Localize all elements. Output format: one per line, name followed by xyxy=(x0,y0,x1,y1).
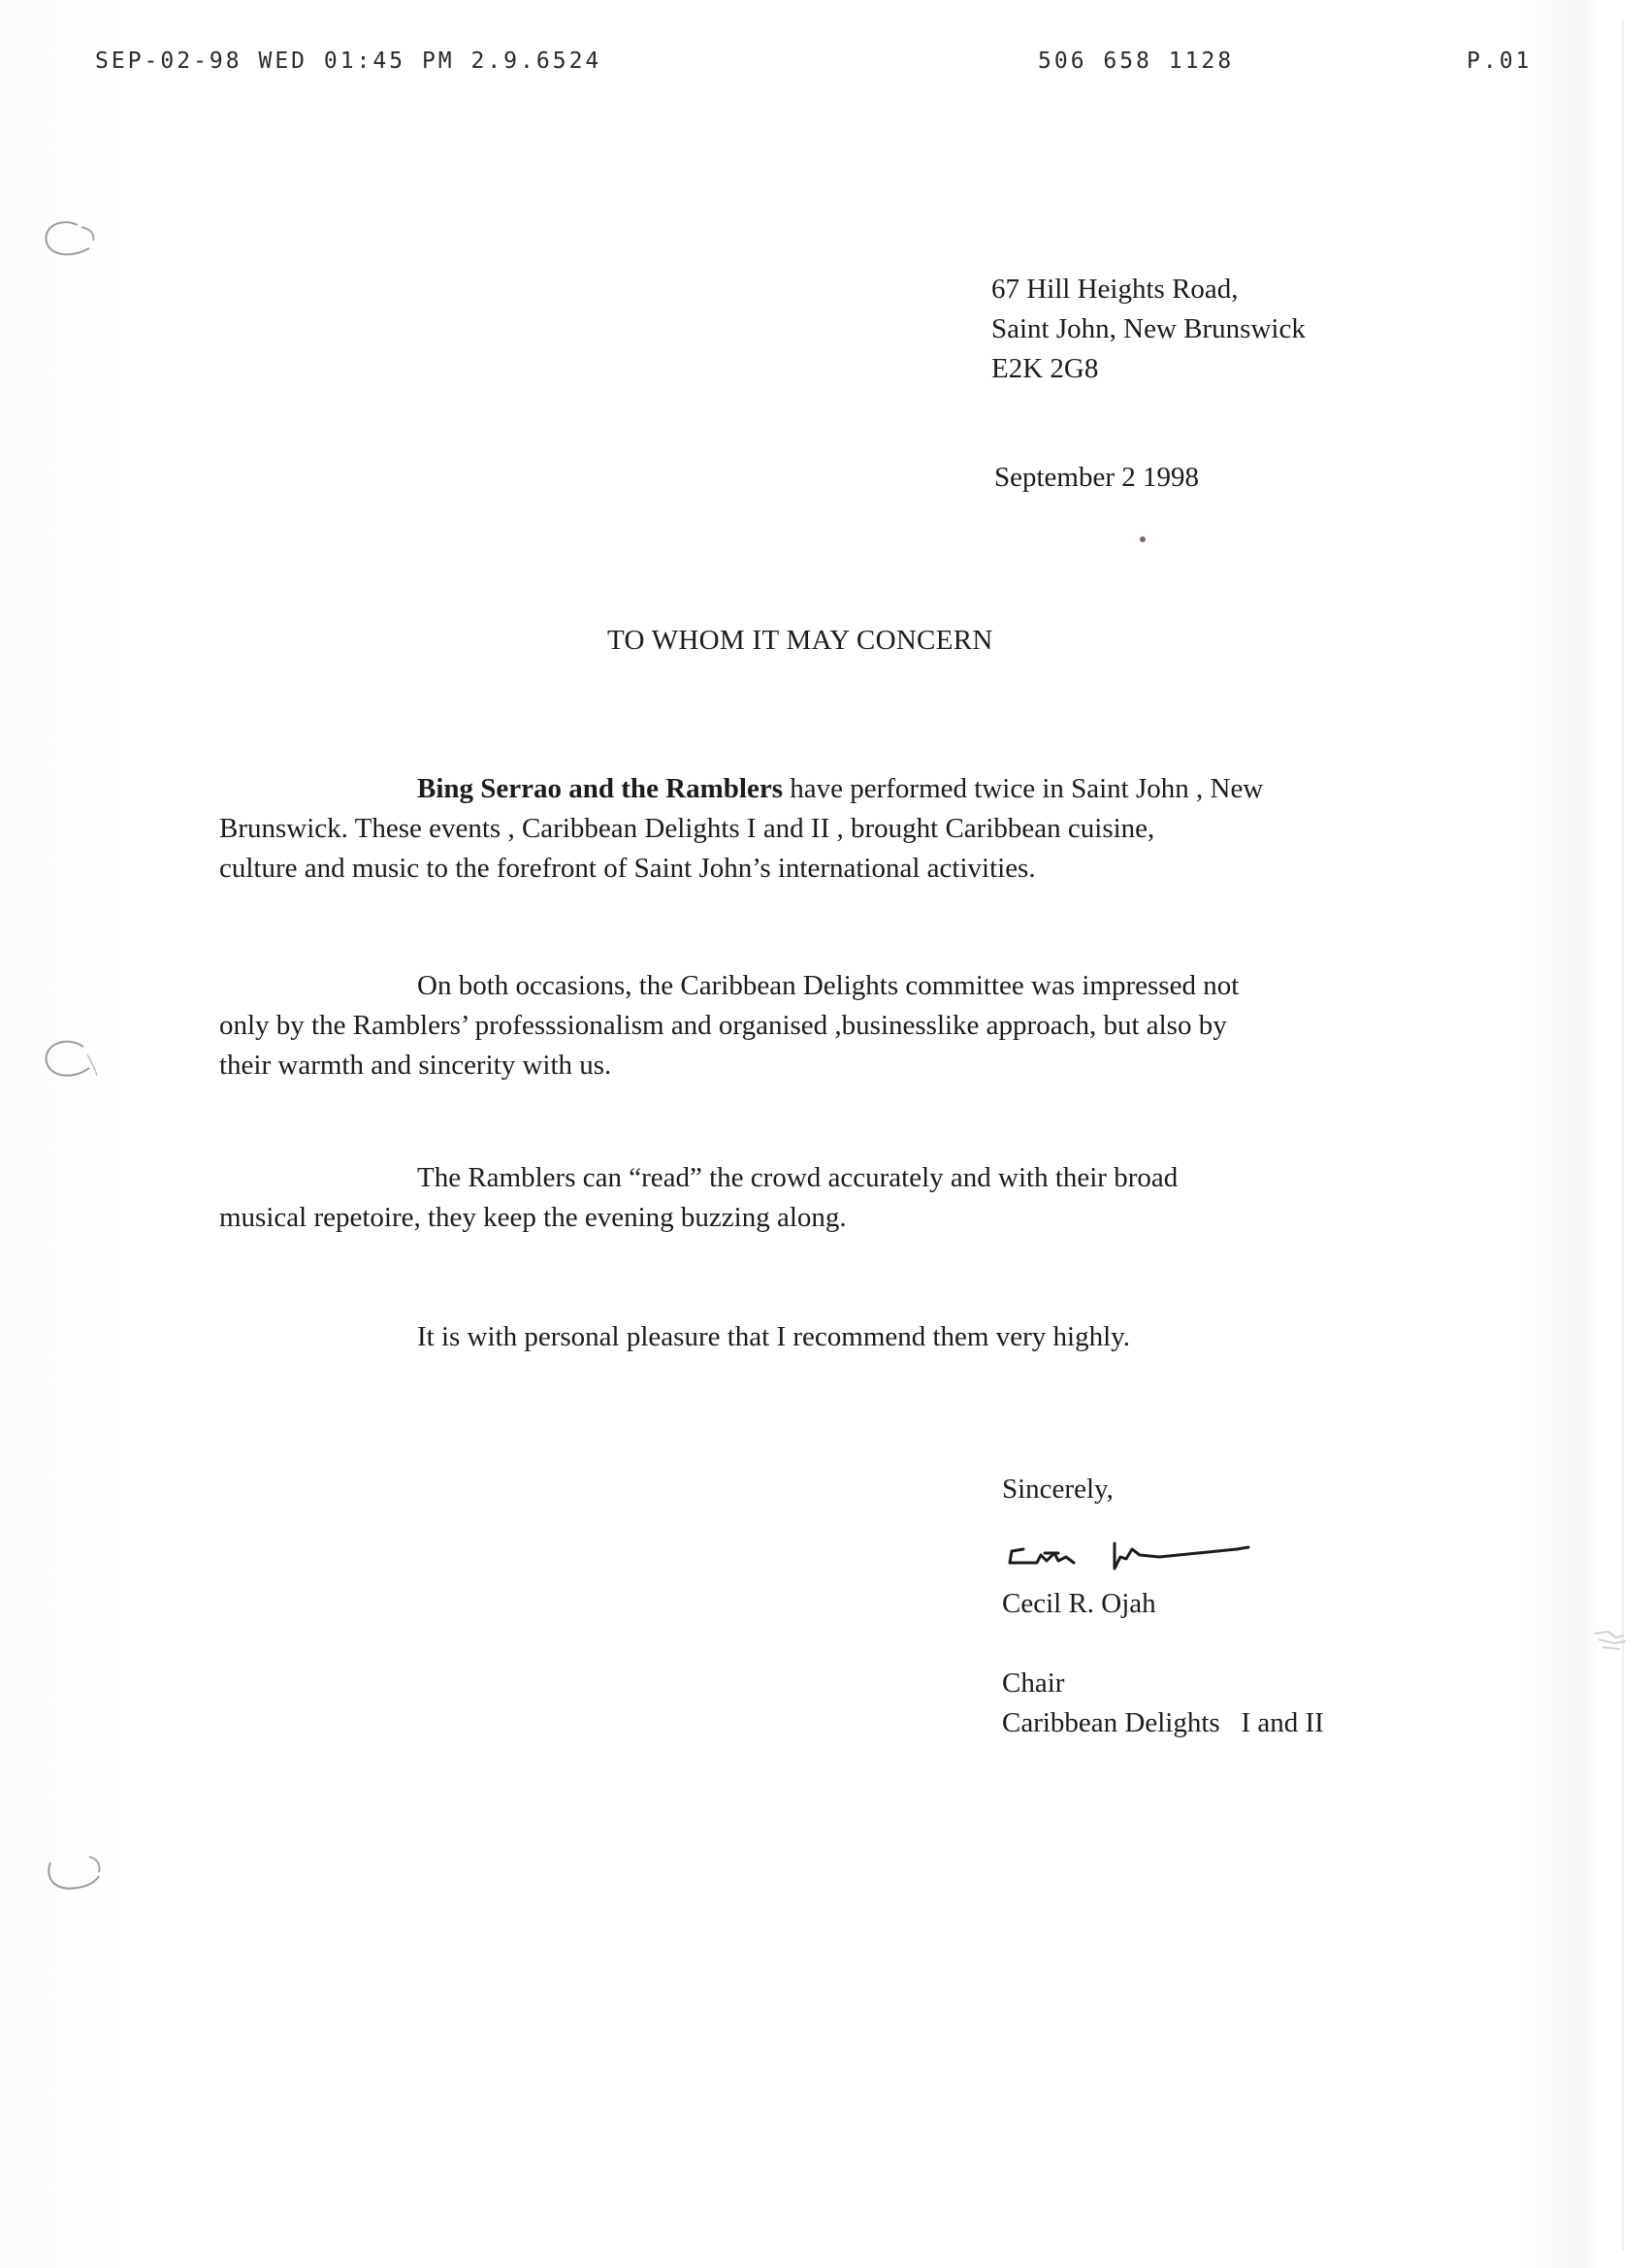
fax-timestamp: SEP-02-98 WED 01:45 PM 2.9.6524 xyxy=(95,49,601,74)
body-paragraph-1: Bing Serrao and the Ramblers have perfor… xyxy=(219,769,1393,889)
hole-punch-icon xyxy=(39,1033,107,1091)
paragraph-text: musical repetoire, they keep the evening… xyxy=(219,1198,1393,1238)
letter-date: September 2 1998 xyxy=(994,458,1199,498)
paragraph-text: have performed twice in Saint John , New xyxy=(783,773,1263,804)
body-paragraph-3: The Ramblers can “read” the crowd accura… xyxy=(219,1158,1393,1238)
address-city: Saint John, New Brunswick xyxy=(991,309,1306,349)
valediction: Sincerely, xyxy=(1002,1470,1114,1509)
hole-punch-icon xyxy=(39,1843,107,1901)
body-paragraph-2: On both occasions, the Caribbean Delight… xyxy=(219,966,1393,1085)
fax-phone-number: 506 658 1128 xyxy=(1038,49,1234,74)
signer-title: Chair xyxy=(1002,1664,1064,1703)
fax-page-number: P.01 xyxy=(1467,49,1532,74)
signer-name: Cecil R. Ojah xyxy=(1002,1584,1156,1624)
address-street: 67 Hill Heights Road, xyxy=(991,270,1306,309)
body-paragraph-4: It is with personal pleasure that I reco… xyxy=(219,1317,1393,1357)
scan-smudge xyxy=(1591,1620,1630,1659)
paragraph-text: The Ramblers can “read” the crowd accura… xyxy=(417,1162,1178,1193)
paragraph-text: culture and music to the forefront of Sa… xyxy=(219,849,1393,889)
letter-page: SEP-02-98 WED 01:45 PM 2.9.6524 506 658 … xyxy=(0,0,1649,2268)
signature-icon xyxy=(1004,1528,1276,1576)
band-name: Bing Serrao and the Ramblers xyxy=(417,773,783,804)
signer-organization: Caribbean Delights I and II xyxy=(1002,1703,1324,1743)
scan-speck xyxy=(1140,536,1146,542)
paragraph-text: only by the Ramblers’ professsionalism a… xyxy=(219,1006,1393,1046)
paragraph-text: Brunswick. These events , Caribbean Deli… xyxy=(219,809,1393,849)
paragraph-text: On both occasions, the Caribbean Delight… xyxy=(417,970,1239,1001)
sender-address: 67 Hill Heights Road, Saint John, New Br… xyxy=(991,270,1306,389)
address-postal-code: E2K 2G8 xyxy=(991,349,1306,389)
hole-punch-icon xyxy=(39,213,107,272)
salutation: TO WHOM IT MAY CONCERN xyxy=(607,621,993,661)
paragraph-text: their warmth and sincerity with us. xyxy=(219,1046,1393,1085)
scan-edge xyxy=(1622,19,1624,2251)
paragraph-text: It is with personal pleasure that I reco… xyxy=(417,1321,1130,1352)
